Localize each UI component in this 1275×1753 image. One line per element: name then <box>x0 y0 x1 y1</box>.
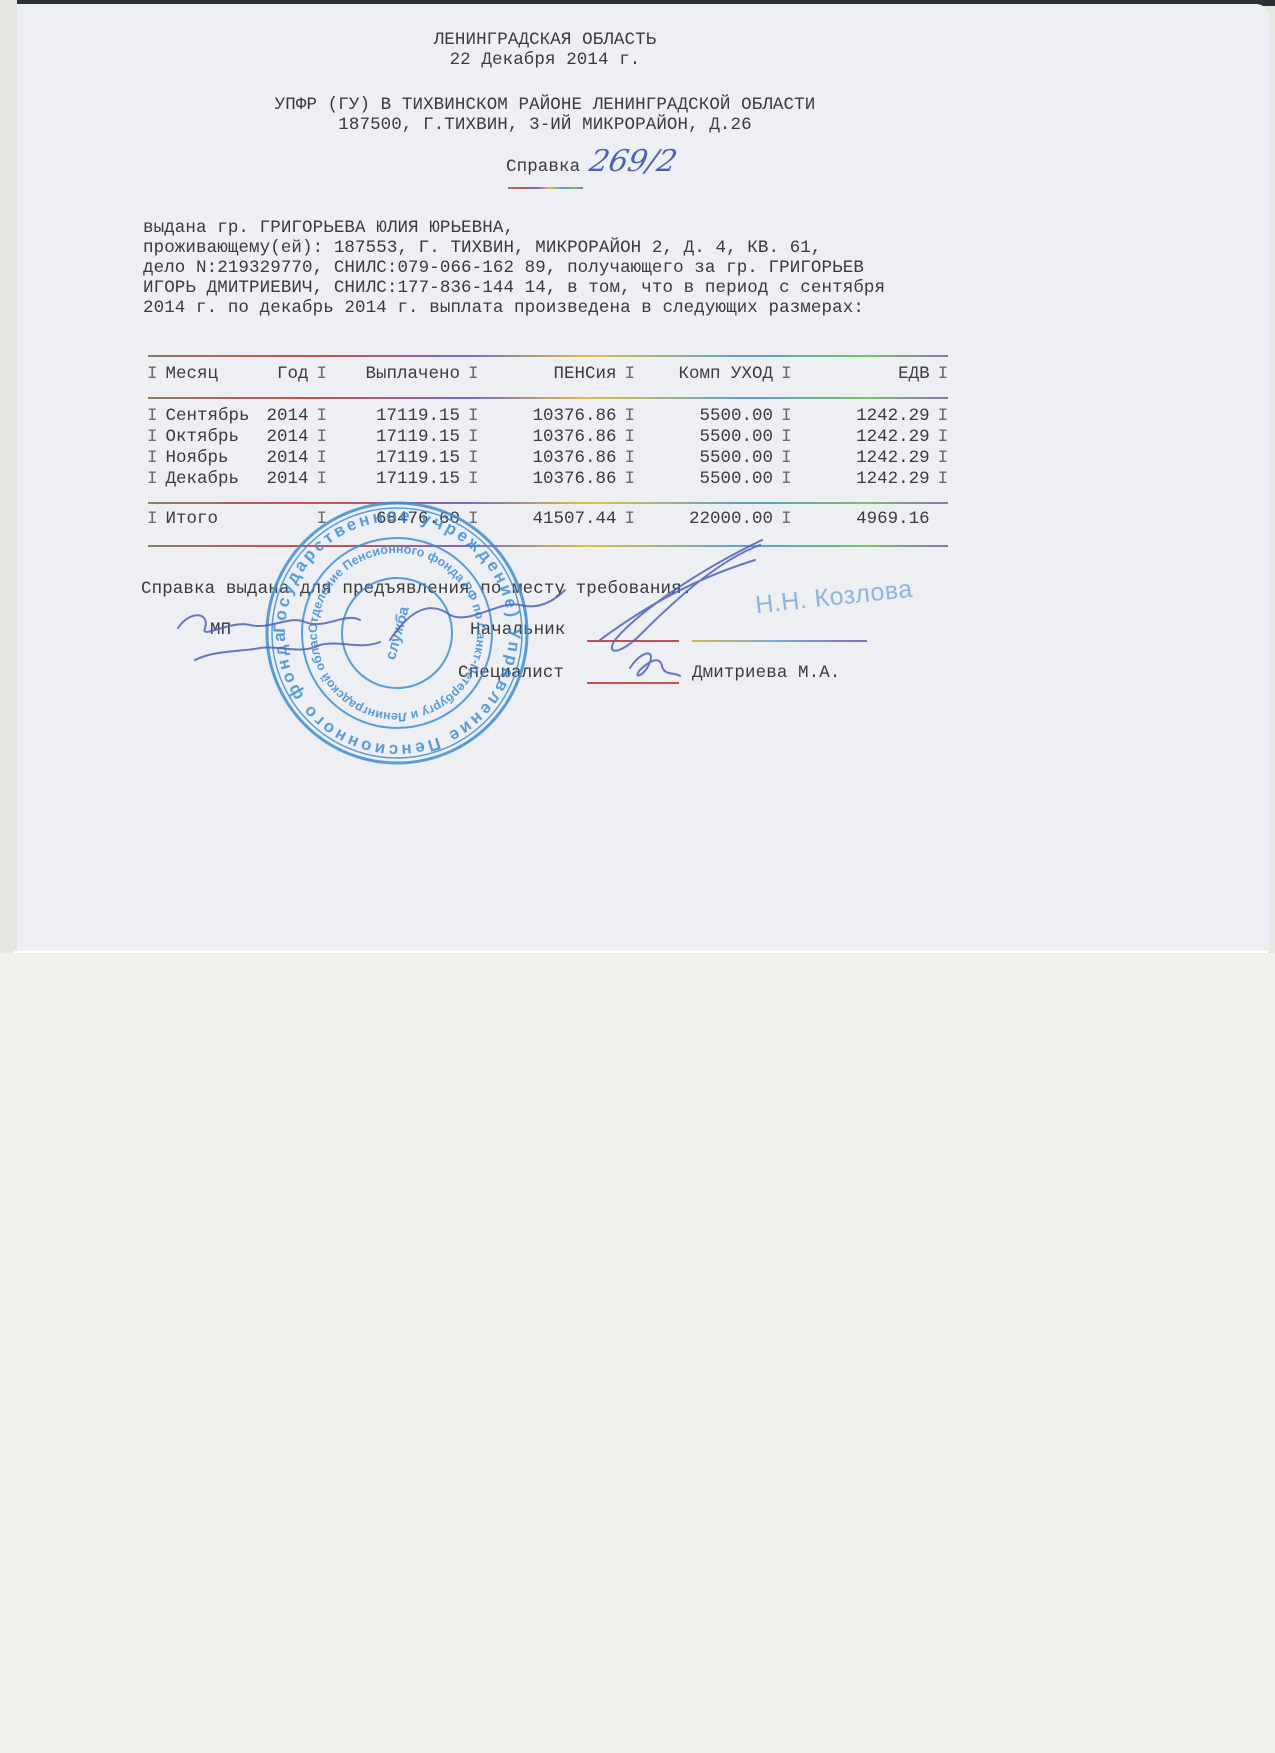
handwritten-signatures <box>0 0 1275 800</box>
paper-fold-line <box>14 951 1268 953</box>
receiver-handwriting-line1 <box>178 615 360 632</box>
chief-signature-scribble <box>612 540 762 651</box>
specialist-signature-scribble <box>630 653 680 676</box>
paper-lower-half <box>0 953 1275 1753</box>
receiver-handwriting-line2 <box>195 642 380 660</box>
receiver-handwriting-line3 <box>390 590 565 640</box>
